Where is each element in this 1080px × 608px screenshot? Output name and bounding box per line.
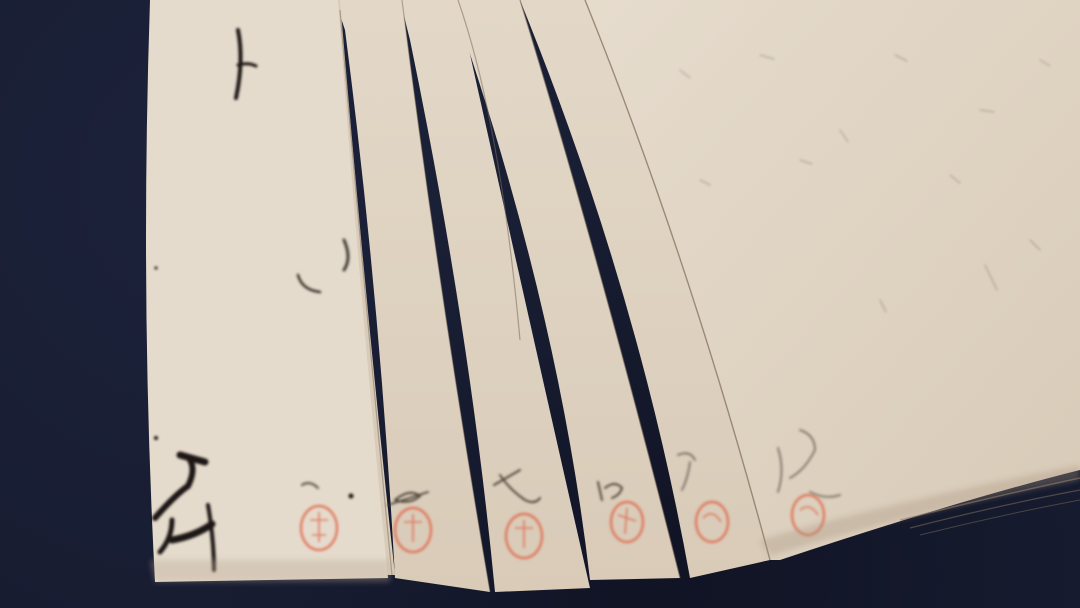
paper-sheets-illustration — [0, 0, 1080, 608]
photo-scene: Fanned stack of aged handmade paper shee… — [0, 0, 1080, 608]
